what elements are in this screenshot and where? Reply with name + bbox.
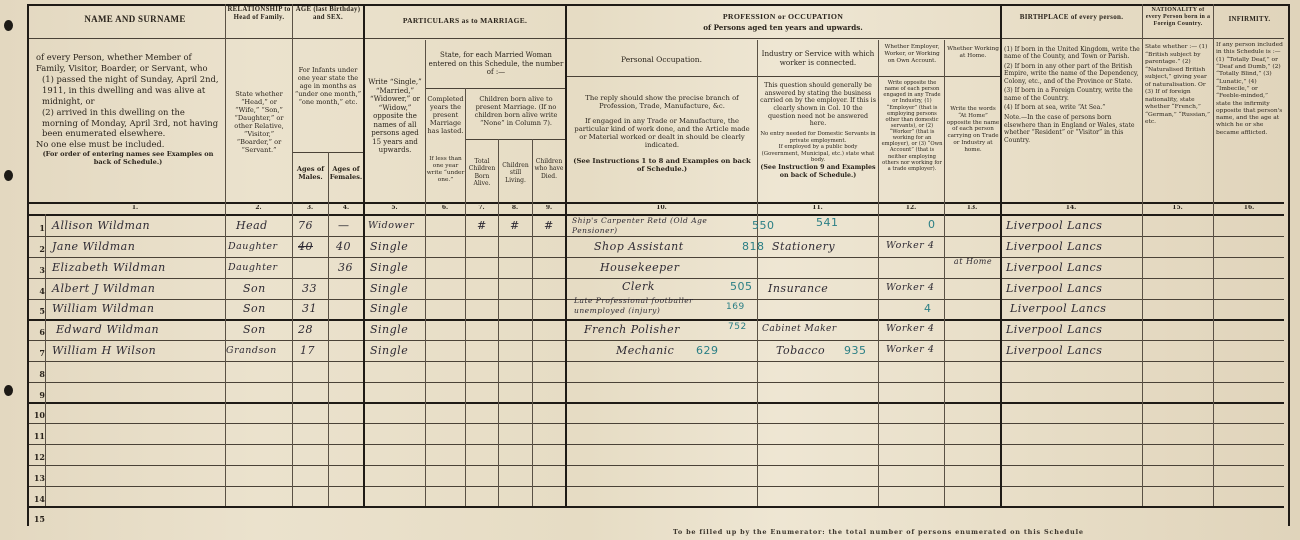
col-number: 6. xyxy=(425,205,465,212)
col11-instructions: This question should generally be answer… xyxy=(760,82,876,179)
col2-instructions: State whether “Head,” or “Wife,” “Son,” … xyxy=(228,90,290,154)
occupation: Shop Assistant xyxy=(594,240,684,253)
col14-instructions: (1) If born in the United Kingdom, write… xyxy=(1004,46,1140,144)
binding-hole xyxy=(4,20,13,31)
row-number: 4 xyxy=(29,286,45,296)
col-number: 3. xyxy=(292,205,328,212)
row-number: 6 xyxy=(29,327,45,337)
person-name: Elizabeth Wildman xyxy=(52,261,166,274)
employment-status: Worker 4 xyxy=(886,323,934,334)
relationship: Son xyxy=(243,282,266,295)
occupation: Clerk xyxy=(622,280,655,293)
occupation: Housekeeper xyxy=(600,261,679,274)
col-line xyxy=(1142,4,1143,506)
industry: Tobacco xyxy=(776,344,825,357)
col14-title: BIRTHPLACE of every person. xyxy=(1001,13,1142,21)
age-female: 36 xyxy=(338,261,353,274)
col-number: 2. xyxy=(225,205,292,212)
col-line xyxy=(465,88,466,506)
row-line xyxy=(29,402,1284,404)
col-line xyxy=(532,139,533,506)
row-number: 8 xyxy=(29,369,45,379)
col7-title: Total Children Born Alive. xyxy=(466,158,498,187)
married-woman-line xyxy=(425,88,566,89)
col15-instructions: State whether :— (1) “British subject by… xyxy=(1145,44,1212,127)
died: # xyxy=(544,219,554,232)
industry: Cabinet Maker xyxy=(762,324,837,334)
married-woman-instructions: State, for each Married Woman entered on… xyxy=(427,51,565,77)
age-title: AGE (last Birthday) and SEX. xyxy=(293,6,363,22)
age-male: 40 xyxy=(298,240,313,253)
row-number: 10 xyxy=(29,410,45,420)
col-number: 5. xyxy=(364,205,425,212)
person-name: William H Wilson xyxy=(52,344,156,357)
col8-title: Children still Living. xyxy=(499,162,532,184)
occupation: Mechanic xyxy=(616,344,674,357)
col14-rule-4: (4) If born at sea, write “At Sea.” xyxy=(1004,104,1140,111)
column-number-line xyxy=(29,202,1284,204)
col6-note: If less than one year write “under one.” xyxy=(426,156,465,184)
birthplace: Liverpool Lancs xyxy=(1006,261,1102,274)
row-number: 14 xyxy=(29,494,45,504)
industry: Insurance xyxy=(768,282,828,295)
employment-status: 4 xyxy=(924,302,932,315)
row-line xyxy=(29,236,1284,237)
birthplace: Liverpool Lancs xyxy=(1006,323,1102,336)
col-number: 14. xyxy=(1000,205,1142,212)
col12-instructions: Write opposite the name of each person e… xyxy=(880,80,944,172)
col-number: 15. xyxy=(1142,205,1213,212)
col10-rule-2: If engaged in any Trade or Manufacture, … xyxy=(570,117,754,150)
occupation-code: 505 xyxy=(730,280,753,293)
col10-rule-1: The reply should show the precise branch… xyxy=(570,94,754,111)
children-line xyxy=(465,139,566,140)
binding-hole xyxy=(4,385,13,396)
col-number: 11. xyxy=(757,205,878,212)
col10-note: (See Instructions 1 to 8 and Examples on… xyxy=(570,157,754,174)
col-number: 9. xyxy=(532,205,566,212)
marital-status: Single xyxy=(370,344,408,357)
col11-rule-3: If employed by a public body (Government… xyxy=(760,144,876,164)
person-name: Allison Wildman xyxy=(52,219,150,232)
row-line xyxy=(29,465,1284,466)
row-line xyxy=(29,340,1284,341)
industry: Stationery xyxy=(772,240,835,253)
col12-title: Whether Employer, Worker, or Working on … xyxy=(880,44,944,64)
age-male: 31 xyxy=(302,302,317,315)
row-number: 12 xyxy=(29,452,45,462)
col15-title: NATIONALITY of every Person born in a Fo… xyxy=(1143,7,1213,28)
table-bottom-line xyxy=(29,506,1284,508)
col1-rule-2: (2) arrived in this dwelling on the morn… xyxy=(36,107,220,140)
profession-line xyxy=(566,76,1000,77)
col1-rule-1: (1) passed the night of Sunday, April 2n… xyxy=(36,74,220,107)
age-instructions: For Infants under one year state the age… xyxy=(293,66,363,106)
col6-instructions: Completed years the present Marriage has… xyxy=(426,95,465,135)
census-schedule-page: NAME AND SURNAME of every Person, whethe… xyxy=(0,0,1300,540)
col-line xyxy=(45,214,46,506)
marital-status: Widower xyxy=(368,220,414,231)
col4-title: Ages of Females. xyxy=(329,165,363,181)
col1-note: (For order of entering names see Example… xyxy=(36,150,220,166)
age-male: 33 xyxy=(302,282,317,295)
industry-code: 935 xyxy=(844,344,867,357)
row-line xyxy=(29,257,1284,258)
still-living: # xyxy=(510,219,520,232)
col11-title: Industry or Service with which worker is… xyxy=(760,50,876,68)
col-number: 13. xyxy=(944,205,1000,212)
children-instructions: Children born alive to present Marriage.… xyxy=(467,95,565,127)
row-number: 1 xyxy=(29,223,45,233)
person-name: William Wildman xyxy=(52,302,154,315)
row-line xyxy=(29,423,1284,424)
birthplace: Liverpool Lancs xyxy=(1006,240,1102,253)
col11-note: (See Instruction 9 and Examples on back … xyxy=(760,164,876,179)
industry-code: 541 xyxy=(816,216,839,229)
row-number: 7 xyxy=(29,348,45,358)
occupation-code: 818 xyxy=(742,240,765,253)
col13-instructions: Write the words “At Home” opposite the n… xyxy=(946,106,1000,154)
row-number: 15 xyxy=(29,514,45,524)
age-female: — xyxy=(338,219,350,232)
col14-rule-1: (1) If born in the United Kingdom, write… xyxy=(1004,46,1140,61)
relationship: Daughter xyxy=(228,262,278,273)
occupation: Late Professional footballer unemployed … xyxy=(574,296,724,316)
col16-title: INFIRMITY. xyxy=(1214,16,1285,24)
profession-title: PROFESSION or OCCUPATION xyxy=(566,13,1000,22)
row-number: 13 xyxy=(29,473,45,483)
employment-status: 0 xyxy=(928,218,936,231)
at-home: at Home xyxy=(953,257,993,266)
col1-rule-3: No one else must be included. xyxy=(36,139,220,150)
col-number: 7. xyxy=(465,205,498,212)
col-line xyxy=(1000,4,1002,506)
col10-instructions: The reply should show the precise branch… xyxy=(570,94,754,173)
profession-subtitle: of Persons aged ten years and upwards. xyxy=(566,24,1000,33)
relationship: Daughter xyxy=(228,241,278,252)
footer-note: To be filled up by the Enumerator: the t… xyxy=(673,528,1084,536)
col-number: 1. xyxy=(45,205,225,212)
col-line xyxy=(757,40,758,506)
marital-status: Single xyxy=(370,323,408,336)
header-divider xyxy=(29,38,1284,39)
marital-status: Single xyxy=(370,240,408,253)
col-line xyxy=(878,40,879,506)
col1-instructions: of every Person, whether Member of Famil… xyxy=(36,52,220,166)
person-name: Edward Wildman xyxy=(56,323,159,336)
person-name: Albert J Wildman xyxy=(52,282,155,295)
col2-title: RELATIONSHIP to Head of Family. xyxy=(226,6,292,22)
col1-title: NAME AND SURNAME xyxy=(45,14,225,24)
row-line xyxy=(29,382,1284,383)
employment-status: Worker 4 xyxy=(886,240,934,251)
birthplace: Liverpool Lancs xyxy=(1010,302,1106,315)
row-line xyxy=(29,361,1284,362)
relationship: Grandson xyxy=(226,345,277,356)
col3-title: Ages of Males. xyxy=(293,165,328,181)
col11-rule-1: This question should generally be answer… xyxy=(760,82,876,128)
col-line xyxy=(1213,4,1214,506)
col-line xyxy=(225,4,226,506)
relationship: Head xyxy=(236,219,268,232)
col14-rule-3: (3) If born in a Foreign Country, write … xyxy=(1004,87,1140,102)
employment-status: Worker 4 xyxy=(886,282,934,293)
occupation: Ship's Carpenter Retd (Old Age Pensioner… xyxy=(572,216,742,236)
col14-note: Note.—In the case of persons born elsewh… xyxy=(1004,114,1140,144)
birthplace: Liverpool Lancs xyxy=(1006,344,1102,357)
col14-rule-2: (2) If born in any other part of the Bri… xyxy=(1004,63,1140,85)
col-number: 8. xyxy=(498,205,532,212)
col-number: 12. xyxy=(878,205,944,212)
row-line xyxy=(29,278,1284,279)
col-number: 16. xyxy=(1213,205,1285,212)
relationship: Son xyxy=(243,302,266,315)
row-number: 11 xyxy=(29,431,45,441)
birthplace: Liverpool Lancs xyxy=(1006,282,1102,295)
occupation: French Polisher xyxy=(584,323,680,336)
col9-title: Children who have Died. xyxy=(533,158,565,180)
binding-hole xyxy=(4,170,13,181)
row-line xyxy=(29,444,1284,445)
relationship: Son xyxy=(243,323,266,336)
col-line xyxy=(498,139,499,506)
col10-title: Personal Occupation. xyxy=(566,55,757,64)
occupation-code: 752 xyxy=(728,322,747,332)
age-male: 76 xyxy=(298,219,313,232)
col5-instructions: Write “Single,” “Married,” “Widower,” or… xyxy=(366,78,424,155)
employment-status: Worker 4 xyxy=(886,344,934,355)
col1-intro: of every Person, whether Member of Famil… xyxy=(36,52,220,74)
marriage-title: PARTICULARS as to MARRIAGE. xyxy=(365,17,565,26)
col-line xyxy=(565,4,567,506)
row-number: 3 xyxy=(29,265,45,275)
col16-instructions: If any person included in this Schedule … xyxy=(1216,42,1284,137)
occupation-code: 629 xyxy=(696,344,719,357)
marital-status: Single xyxy=(370,302,408,315)
row-line xyxy=(29,319,1284,321)
occupation-code: 169 xyxy=(726,302,745,312)
col-line xyxy=(944,40,945,506)
row-line xyxy=(29,486,1284,487)
row-number: 2 xyxy=(29,244,45,254)
row-number: 5 xyxy=(29,306,45,316)
marital-status: Single xyxy=(370,261,408,274)
age-male: 28 xyxy=(298,323,313,336)
col-number: 4. xyxy=(328,205,364,212)
total-born: # xyxy=(477,219,487,232)
col11-rule-2: No entry needed for Domestic Servants in… xyxy=(760,131,876,144)
occupation-code: 550 xyxy=(752,219,775,232)
col-number: 10. xyxy=(566,205,757,212)
person-name: Jane Wildman xyxy=(52,240,135,253)
row-number: 9 xyxy=(29,390,45,400)
age-male: 17 xyxy=(300,344,315,357)
col-line xyxy=(363,4,365,506)
birthplace: Liverpool Lancs xyxy=(1006,219,1102,232)
marital-status: Single xyxy=(370,282,408,295)
age-female: 40 xyxy=(336,240,351,253)
col13-title: Whether Working at Home. xyxy=(946,46,1000,60)
